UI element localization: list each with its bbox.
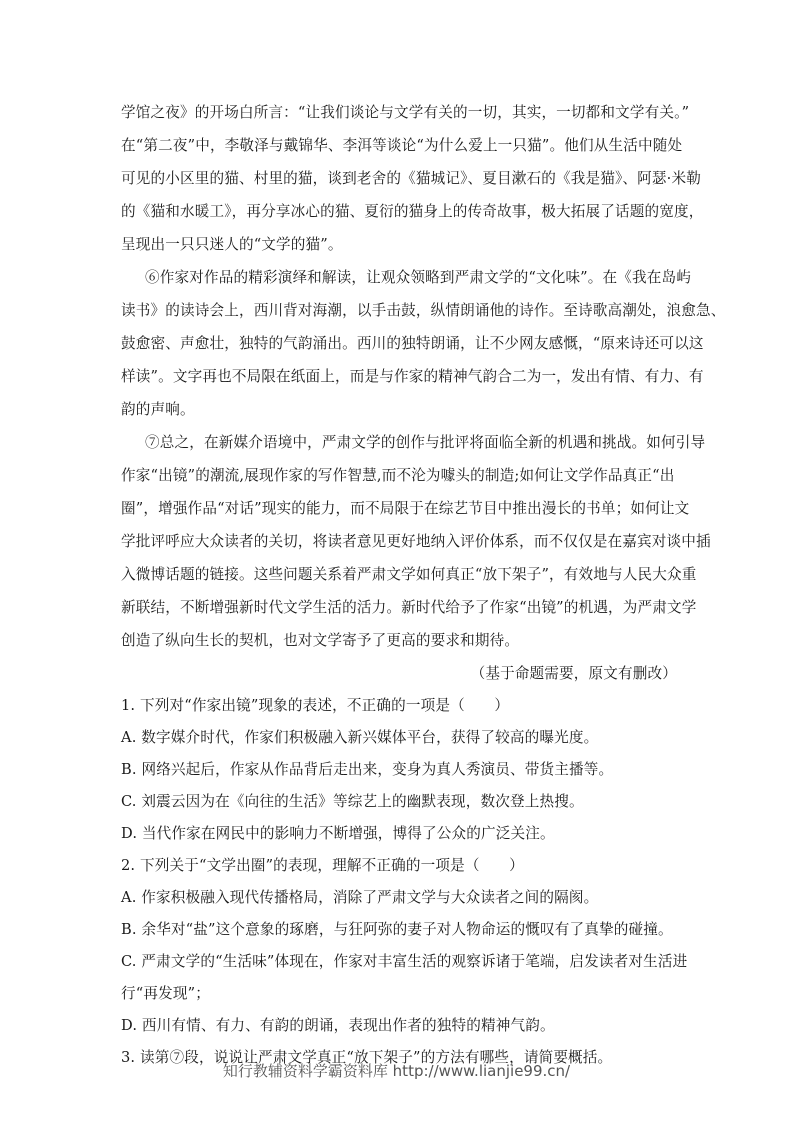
option-c: C. 严肃文学的“生活味”体现在，作家对丰富生活的观察诉诸于笔端，启发读者对生活… [121, 946, 677, 978]
question-stem: 1. 下列对“作家出镜”现象的表述，不正确的一项是（ ） [121, 690, 677, 722]
option-d: D. 当代作家在网民中的影响力不断增强，博得了公众的广泛关注。 [121, 818, 677, 850]
text-line: 入微博话题的链接。这些问题关系着严肃文学如何真正“放下架子”，有效地与人民大众重 [121, 558, 677, 591]
text-line: 学批评呼应大众读者的关切，将读者意见更好地纳入评价体系，而不仅仅是在嘉宾对谈中插 [121, 525, 677, 558]
text-line: ⑦总之，在新媒介语境中，严肃文学的创作与批评将面临全新的机遇和挑战。如何引导 [121, 426, 677, 459]
text-line: 学馆之夜》的开场白所言：“让我们谈论与文学有关的一切，其实，一切都和文学有关。” [121, 96, 677, 129]
option-a: A. 数字媒介时代，作家们积极融入新兴媒体平台，获得了较高的曝光度。 [121, 722, 677, 754]
option-d: D. 西川有情、有力、有韵的朗诵，表现出作者的独特的精神气韵。 [121, 1010, 677, 1042]
question-stem: 2. 下列关于“文学出圈”的表现，理解不正确的一项是（ ） [121, 850, 677, 882]
passage-paragraph-7: ⑦总之，在新媒介语境中，严肃文学的创作与批评将面临全新的机遇和挑战。如何引导 作… [121, 426, 677, 657]
text-line: 作家“出镜”的潮流,展现作家的写作智慧,而不沦为噱头的制造;如何让文学作品真正“… [121, 459, 677, 492]
question-2: 2. 下列关于“文学出圈”的表现，理解不正确的一项是（ ） A. 作家积极融入现… [121, 850, 677, 1042]
document-page: 学馆之夜》的开场白所言：“让我们谈论与文学有关的一切，其实，一切都和文学有关。”… [121, 96, 677, 1074]
text-line: 的《猫和水暖工》，再分享冰心的猫、夏衍的猫身上的传奇故事，极大拓展了话题的宽度， [121, 195, 677, 228]
text-line: 韵的声响。 [121, 393, 677, 426]
text-line: 圈”，增强作品“对话”现实的能力，而不局限于在综艺节目中推出漫长的书单；如何让文 [121, 492, 677, 525]
text-line: 鼓愈密、声愈壮，独特的气韵涌出。西川的独特朗诵，让不少网友感慨，“原来诗还可以这 [121, 327, 677, 360]
text-line: ⑥作家对作品的精彩演绎和解读，让观众领略到严肃文学的“文化味”。在《我在岛屿 [121, 261, 677, 294]
option-a: A. 作家积极融入现代传播格局，消除了严肃文学与大众读者之间的隔阂。 [121, 882, 677, 914]
passage-paragraph-continued: 学馆之夜》的开场白所言：“让我们谈论与文学有关的一切，其实，一切都和文学有关。”… [121, 96, 677, 261]
text-line: 创造了纵向生长的契机，也对文学寄予了更高的要求和期待。 [121, 624, 677, 657]
option-b: B. 网络兴起后，作家从作品背后走出来，变身为真人秀演员、带货主播等。 [121, 754, 677, 786]
text-line: 可见的小区里的猫、村里的猫，谈到老舍的《猫城记》、夏目漱石的《我是猫》、阿瑟·米… [121, 162, 677, 195]
passage-paragraph-6: ⑥作家对作品的精彩演绎和解读，让观众领略到严肃文学的“文化味”。在《我在岛屿 读… [121, 261, 677, 426]
footer-watermark: 知行教辅资料学霸资料库 http://www.lianjie99.cn/ [0, 1060, 793, 1081]
text-line: 新联结，不断增强新时代文学生活的活力。新时代给予了作家“出镜”的机遇，为严肃文学 [121, 591, 677, 624]
option-c-continued: 行“再发现”； [121, 978, 677, 1010]
text-line: 呈现出一只只迷人的“文学的猫”。 [121, 228, 677, 261]
text-line: 样读”。文字再也不局限在纸面上，而是与作家的精神气韵合二为一，发出有情、有力、有 [121, 360, 677, 393]
question-1: 1. 下列对“作家出镜”现象的表述，不正确的一项是（ ） A. 数字媒介时代，作… [121, 690, 677, 850]
text-line: 读书》的读诗会上，西川背对海潮，以手击鼓，纵情朗诵他的诗作。至诗歌高潮处，浪愈急… [121, 294, 677, 327]
option-c: C. 刘震云因为在《向往的生活》等综艺上的幽默表现，数次登上热搜。 [121, 786, 677, 818]
text-line: 在“第二夜”中，李敬泽与戴锦华、李洱等谈论“为什么爱上一只猫”。他们从生活中随处 [121, 129, 677, 162]
option-b: B. 余华对“盐”这个意象的琢磨，与狂阿弥的妻子对人物命运的慨叹有了真挚的碰撞。 [121, 914, 677, 946]
source-note: （基于命题需要，原文有删改） [121, 657, 677, 690]
